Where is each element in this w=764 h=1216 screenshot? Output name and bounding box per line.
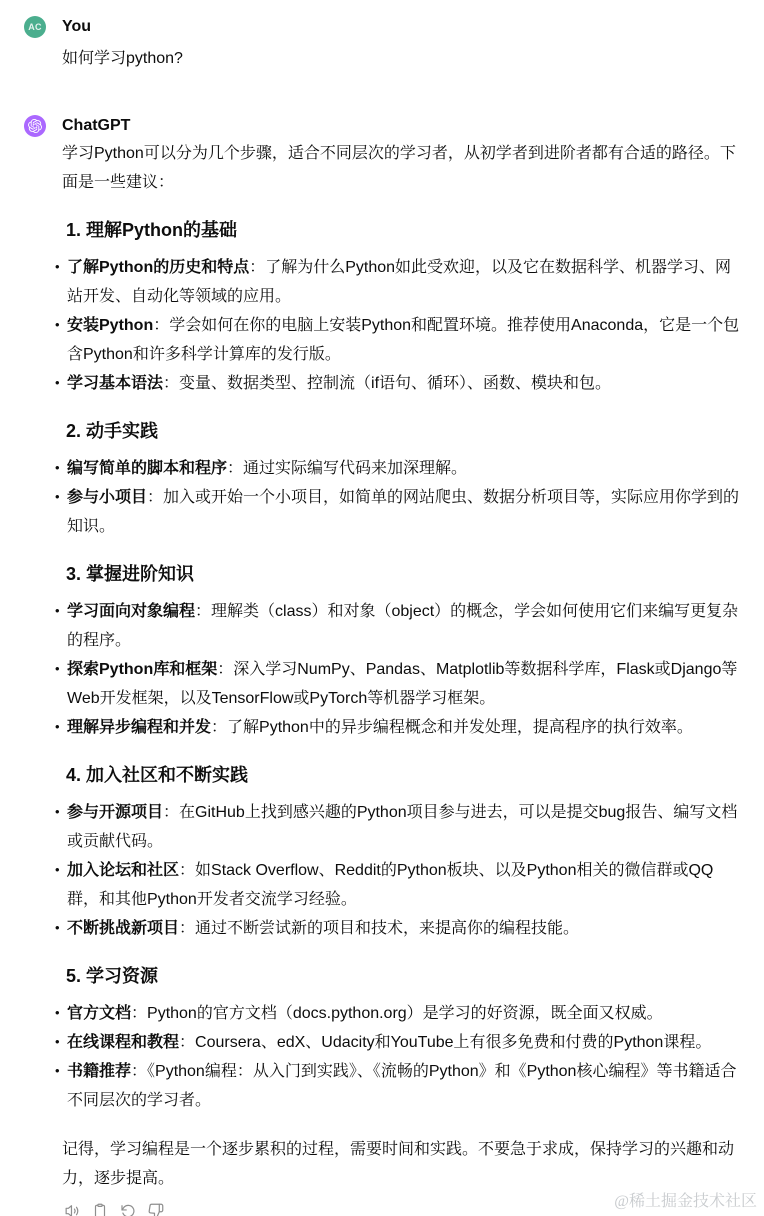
list-item-term: 学习面向对象编程: [67, 603, 195, 620]
answer-section: 5. 学习资源 •官方文档：Python的官方文档（docs.python.or…: [62, 963, 740, 1115]
section-list: •学习面向对象编程：理解类（class）和对象（object）的概念，学会如何使…: [55, 597, 740, 742]
assistant-name: ChatGPT: [62, 113, 740, 137]
closing-paragraph: 记得，学习编程是一个逐步累积的过程，需要时间和实践。不要急于求成，保持学习的兴趣…: [62, 1135, 740, 1193]
list-item-term: 安装Python: [67, 317, 153, 334]
bullet-dot: •: [55, 596, 60, 625]
list-item-text: ：通过实际编写代码来加深理解。: [227, 460, 467, 477]
bullet-dot: •: [55, 913, 60, 942]
regenerate-icon: [119, 1202, 137, 1216]
section-list: •参与开源项目：在GitHub上找到感兴趣的Python项目参与进去，可以是提交…: [55, 798, 740, 943]
bullet-dot: •: [55, 482, 60, 511]
assistant-message: ChatGPT 学习Python可以分为几个步骤，适合不同层次的学习者，从初学者…: [24, 113, 740, 1216]
list-item-text: ：通过不断尝试新的项目和技术，来提高你的编程技能。: [179, 920, 579, 937]
user-avatar-initials: AC: [28, 23, 42, 32]
thumbs-down-button[interactable]: [146, 1202, 165, 1216]
bullet-dot: •: [55, 998, 60, 1027]
list-item: •在线课程和教程：Coursera、edX、Udacity和YouTube上有很…: [55, 1028, 740, 1057]
list-item: •学习基本语法：变量、数据类型、控制流（if语句、循环）、函数、模块和包。: [55, 369, 740, 398]
bullet-dot: •: [55, 1027, 60, 1056]
list-item-text: ：Coursera、edX、Udacity和YouTube上有很多免费和付费的P…: [179, 1034, 711, 1051]
list-item-text: ：学会如何在你的电脑上安装Python和配置环境。推荐使用Anaconda，它是…: [67, 317, 739, 363]
list-item-term: 理解异步编程和并发: [67, 719, 211, 736]
list-item: •参与开源项目：在GitHub上找到感兴趣的Python项目参与进去，可以是提交…: [55, 798, 740, 856]
list-item: •不断挑战新项目：通过不断尝试新的项目和技术，来提高你的编程技能。: [55, 914, 740, 943]
list-item-text: ：加入或开始一个小项目，如简单的网站爬虫、数据分析项目等，实际应用你学到的知识。: [67, 489, 739, 535]
list-item: •编写简单的脚本和程序：通过实际编写代码来加深理解。: [55, 454, 740, 483]
section-heading: 3. 掌握进阶知识: [66, 561, 740, 587]
list-item-term: 了解Python的历史和特点: [67, 259, 249, 276]
user-avatar: AC: [24, 16, 46, 38]
bullet-dot: •: [55, 1056, 60, 1085]
list-item-term: 不断挑战新项目: [67, 920, 179, 937]
answer-sections: 1. 理解Python的基础 •了解Python的历史和特点：了解为什么Pyth…: [62, 217, 740, 1115]
section-heading: 4. 加入社区和不断实践: [66, 762, 740, 788]
read-aloud-button[interactable]: [62, 1202, 81, 1216]
chat-transcript: AC You 如何学习python? ChatGPT 学习Python可以分为几…: [0, 0, 764, 1216]
section-heading: 5. 学习资源: [66, 963, 740, 989]
chatgpt-avatar: [24, 115, 46, 137]
bullet-dot: •: [55, 310, 60, 339]
bullet-dot: •: [55, 855, 60, 884]
section-heading: 1. 理解Python的基础: [66, 217, 740, 243]
list-item: •安装Python：学会如何在你的电脑上安装Python和配置环境。推荐使用An…: [55, 311, 740, 369]
section-list: •编写简单的脚本和程序：通过实际编写代码来加深理解。 •参与小项目：加入或开始一…: [55, 454, 740, 541]
list-item-term: 官方文档: [67, 1005, 131, 1022]
list-item-text: ：《Python编程：从入门到实践》、《流畅的Python》和《Python核心…: [67, 1063, 736, 1109]
copy-button[interactable]: [90, 1202, 109, 1216]
list-item: •官方文档：Python的官方文档（docs.python.org）是学习的好资…: [55, 999, 740, 1028]
copy-icon: [91, 1202, 109, 1216]
section-heading: 2. 动手实践: [66, 418, 740, 444]
bullet-dot: •: [55, 797, 60, 826]
user-question-text: 如何学习python?: [62, 44, 740, 73]
thumbs-down-icon: [147, 1202, 165, 1216]
answer-section: 2. 动手实践 •编写简单的脚本和程序：通过实际编写代码来加深理解。 •参与小项…: [62, 418, 740, 541]
bullet-dot: •: [55, 654, 60, 683]
answer-section: 3. 掌握进阶知识 •学习面向对象编程：理解类（class）和对象（object…: [62, 561, 740, 742]
list-item-term: 编写简单的脚本和程序: [67, 460, 227, 477]
list-item: •探索Python库和框架：深入学习NumPy、Pandas、Matplotli…: [55, 655, 740, 713]
list-item-text: ：了解Python中的异步编程概念和并发处理，提高程序的执行效率。: [211, 719, 693, 736]
section-list: •了解Python的历史和特点：了解为什么Python如此受欢迎，以及它在数据科…: [55, 253, 740, 398]
answer-section: 1. 理解Python的基础 •了解Python的历史和特点：了解为什么Pyth…: [62, 217, 740, 398]
list-item: •加入论坛和社区：如Stack Overflow、Reddit的Python板块…: [55, 856, 740, 914]
assistant-intro: 学习Python可以分为几个步骤，适合不同层次的学习者，从初学者到进阶者都有合适…: [62, 139, 740, 197]
list-item-text: ：在GitHub上找到感兴趣的Python项目参与进去，可以是提交bug报告、编…: [67, 804, 737, 850]
bullet-dot: •: [55, 252, 60, 281]
openai-logo-icon: [28, 119, 42, 133]
bullet-dot: •: [55, 712, 60, 741]
list-item-term: 在线课程和教程: [67, 1034, 179, 1051]
list-item-term: 加入论坛和社区: [67, 862, 179, 879]
list-item: •书籍推荐：《Python编程：从入门到实践》、《流畅的Python》和《Pyt…: [55, 1057, 740, 1115]
read-aloud-icon: [63, 1202, 81, 1216]
list-item-term: 书籍推荐: [67, 1063, 131, 1080]
user-message: AC You 如何学习python?: [24, 14, 740, 73]
regenerate-button[interactable]: [118, 1202, 137, 1216]
watermark: @稀土掘金技术社区: [614, 1192, 757, 1212]
bullet-dot: •: [55, 368, 60, 397]
list-item-term: 学习基本语法: [67, 375, 163, 392]
list-item: •了解Python的历史和特点：了解为什么Python如此受欢迎，以及它在数据科…: [55, 253, 740, 311]
answer-section: 4. 加入社区和不断实践 •参与开源项目：在GitHub上找到感兴趣的Pytho…: [62, 762, 740, 943]
list-item: •理解异步编程和并发：了解Python中的异步编程概念和并发处理，提高程序的执行…: [55, 713, 740, 742]
list-item-term: 探索Python库和框架: [67, 661, 217, 678]
bullet-dot: •: [55, 453, 60, 482]
list-item: •参与小项目：加入或开始一个小项目，如简单的网站爬虫、数据分析项目等，实际应用你…: [55, 483, 740, 541]
list-item-term: 参与开源项目: [67, 804, 163, 821]
list-item: •学习面向对象编程：理解类（class）和对象（object）的概念，学会如何使…: [55, 597, 740, 655]
list-item-term: 参与小项目: [67, 489, 147, 506]
list-item-text: ：Python的官方文档（docs.python.org）是学习的好资源，既全面…: [131, 1005, 663, 1022]
user-name: You: [62, 14, 740, 38]
section-list: •官方文档：Python的官方文档（docs.python.org）是学习的好资…: [55, 999, 740, 1115]
list-item-text: ：变量、数据类型、控制流（if语句、循环）、函数、模块和包。: [163, 375, 611, 392]
